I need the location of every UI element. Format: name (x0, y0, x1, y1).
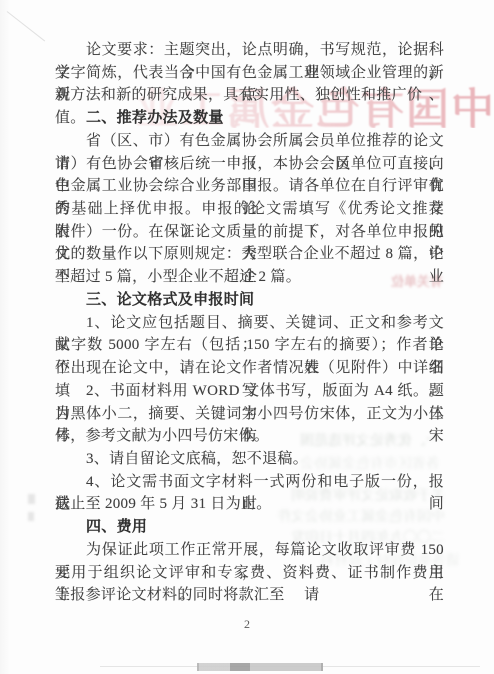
text-line: 新方法和新的研究成果，具有实用性、独创性和推广价值。 (55, 84, 444, 107)
text-line: 省（区、市）有色金属协会所属会员单位推荐的论文请省（区、 (55, 130, 444, 153)
text-line: 不出现在论文中，请在论文作者情况表（见附件）中详细填写。 (55, 357, 444, 380)
document-body: 论文要求：主题突出，论点明确，书写规范，论据科学合理，文字简炼，代表当今中国有色… (55, 39, 444, 607)
text-line: 为保证此项工作正常开展，每篇论文收取评审费 150 元，主 (55, 539, 444, 562)
text-line: 2、书面材料用 WORD 文体书写，版面为 A4 纸。题目字体 (55, 380, 444, 403)
ink-smudge (28, 494, 35, 504)
text-line: 为黑体小二，摘要、关键词为小四号仿宋体，正文为小三号仿宋 (55, 403, 444, 426)
text-line: 文字数 5000 字左右（包括 150 字左右的摘要）；作者单位、姓名 (55, 334, 444, 357)
section-heading: 三、论文格式及申报时间 (55, 289, 444, 312)
text-line: 附件）一份。在保证论文质量的前提下，对各单位申报的优秀论 (55, 221, 444, 244)
section-heading: 四、费用 (55, 516, 444, 539)
page-number: 2 (0, 617, 494, 632)
section-heading: 二、推荐办法及数量 (55, 107, 444, 130)
scanner-artifact-bar (197, 663, 323, 671)
crease-mark (7, 11, 45, 41)
scanned-document-page: 中国有色金属工业 有关单位 一、优秀论文评选范围 各省区市有色金属协会 关于收取… (0, 0, 494, 674)
text-line: 色金属工业协会综合业务部申报。请各单位在自行评审优秀论文 (55, 175, 444, 198)
text-line: 的基础上择优申报。申报的论文需填写《优秀论文推荐表》（见 (55, 198, 444, 221)
ink-smudge (28, 512, 34, 521)
text-line: 论文要求：主题突出，论点明确，书写规范，论据科学合理， (55, 39, 444, 62)
text-line: 文字简炼，代表当今中国有色金属工业领域企业管理的新观点、 (55, 62, 444, 85)
text-line: 1、论文应包括题目、摘要、关键词、正文和参考文献；论 (55, 312, 444, 335)
text-line: 文的数量作以下原则规定：大型联合企业不超过 8 篇，中型企业 (55, 243, 444, 266)
text-line: 市）有色协会审核后统一申报，本协会会员单位可直接向中国有 (55, 153, 444, 176)
text-line: 要用于组织论文评审和专家费、资料费、证书制作费用等。请在 (55, 562, 444, 585)
text-line: 3、请自留论文底稿，恕不退稿。 (55, 448, 444, 471)
text-line: 4、论文需书面文字材料一式两份和电子版一份，报送时间 (55, 471, 444, 494)
